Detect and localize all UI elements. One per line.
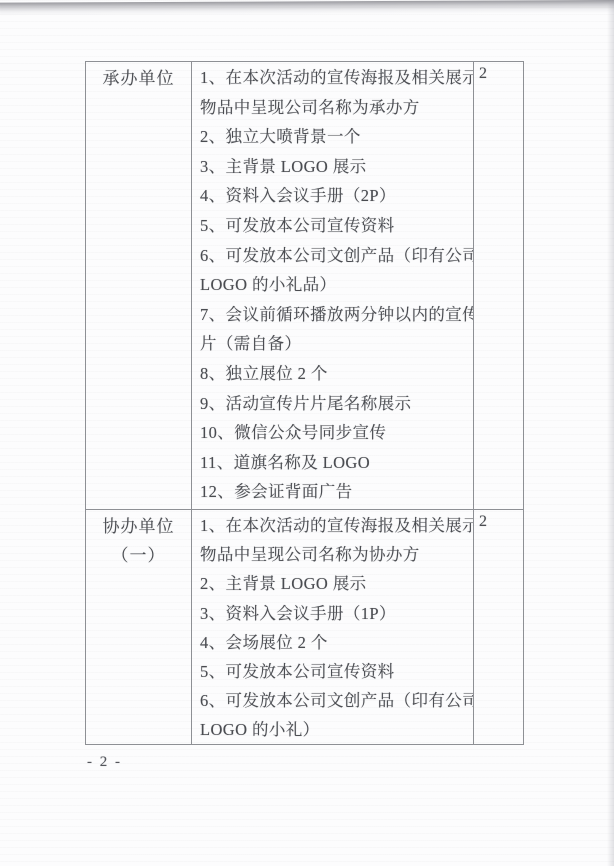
text-line: 8、独立展位 2 个 bbox=[200, 359, 469, 389]
text-line: 物品中呈现公司名称为承办方 bbox=[200, 93, 469, 123]
text-line: 片（需自备） bbox=[200, 329, 469, 359]
text-line: 1、在本次活动的宣传海报及相关展示 bbox=[200, 63, 469, 93]
text-line: LOGO 的小礼） bbox=[200, 715, 469, 744]
benefit-list-co-organizer-1: 1、在本次活动的宣传海报及相关展示物品中呈现公司名称为协办方2、主背景 LOGO… bbox=[191, 510, 474, 744]
text-line: 6、可发放本公司文创产品（印有公司 bbox=[200, 241, 469, 271]
text-line: 12、参会证背面广告 bbox=[200, 477, 469, 507]
benefit-list-organizer: 1、在本次活动的宣传海报及相关展示物品中呈现公司名称为承办方2、独立大喷背景一个… bbox=[191, 62, 474, 509]
row-label-organizer: 承办单位 bbox=[86, 62, 191, 509]
text-line: （一） bbox=[86, 541, 191, 570]
scanned-document-page: 承办单位 1、在本次活动的宣传海报及相关展示物品中呈现公司名称为承办方2、独立大… bbox=[0, 0, 614, 866]
text-line: 10、微信公众号同步宣传 bbox=[200, 418, 469, 448]
table-row-co-organizer-1: 协办单位（一） 1、在本次活动的宣传海报及相关展示物品中呈现公司名称为协办方2、… bbox=[86, 509, 523, 744]
quantity-organizer: 2 bbox=[474, 62, 523, 509]
text-line: LOGO 的小礼品） bbox=[200, 270, 469, 300]
text-line: 物品中呈现公司名称为协办方 bbox=[200, 540, 469, 569]
text-line: 4、资料入会议手册（2P） bbox=[200, 181, 469, 211]
text-line: 11、道旗名称及 LOGO bbox=[200, 448, 469, 478]
text-line: 2、主背景 LOGO 展示 bbox=[200, 569, 469, 598]
table-row-organizer: 承办单位 1、在本次活动的宣传海报及相关展示物品中呈现公司名称为承办方2、独立大… bbox=[86, 62, 523, 509]
text-line: 6、可发放本公司文创产品（印有公司 bbox=[200, 686, 469, 715]
text-line: 4、会场展位 2 个 bbox=[200, 628, 469, 657]
text-line: 3、主背景 LOGO 展示 bbox=[200, 152, 469, 182]
text-line: 3、资料入会议手册（1P） bbox=[200, 599, 469, 628]
text-line: 协办单位 bbox=[86, 512, 191, 541]
text-line: 7、会议前循环播放两分钟以内的宣传 bbox=[200, 300, 469, 330]
text-line: 承办单位 bbox=[86, 64, 191, 94]
scan-artifact-right-edge bbox=[607, 0, 614, 866]
sponsor-benefits-table: 承办单位 1、在本次活动的宣传海报及相关展示物品中呈现公司名称为承办方2、独立大… bbox=[85, 61, 524, 745]
text-line: 5、可发放本公司宣传资料 bbox=[200, 657, 469, 686]
page-number: - 2 - bbox=[87, 754, 122, 771]
scan-artifact-top-edge bbox=[0, 0, 614, 16]
row-label-co-organizer-1: 协办单位（一） bbox=[86, 510, 191, 744]
text-line: 5、可发放本公司宣传资料 bbox=[200, 211, 469, 241]
text-line: 2、独立大喷背景一个 bbox=[200, 122, 469, 152]
text-line: 1、在本次活动的宣传海报及相关展示 bbox=[200, 511, 469, 540]
quantity-co-organizer-1: 2 bbox=[474, 510, 523, 744]
text-line: 9、活动宣传片片尾名称展示 bbox=[200, 389, 469, 419]
